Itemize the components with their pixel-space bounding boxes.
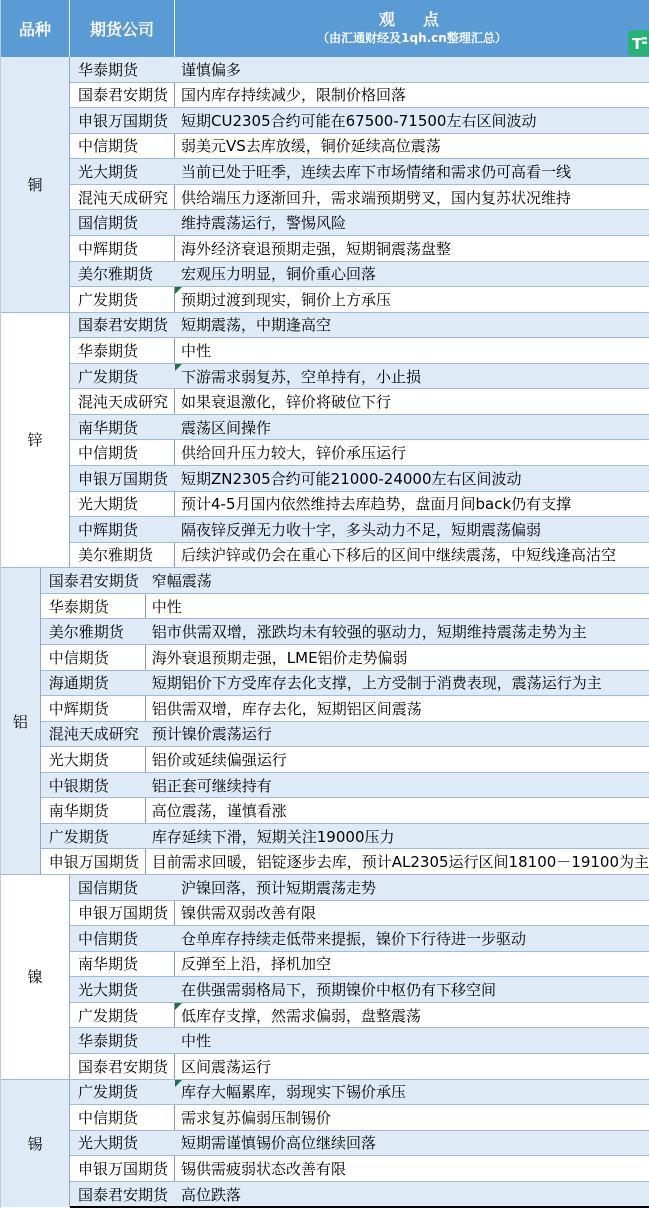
view-cell: 国内库存持续减少，限制价格回落: [175, 83, 649, 108]
view-cell: 弱美元VS去库放缓，铜价延续高位震荡: [175, 134, 649, 159]
view-cell-with-comment-marker: 预期过渡到现实，铜价上方承压: [175, 287, 649, 312]
table-row: 海通期货短期铝价下方受库存去化支撑，上方受制于消费表现，震荡运行为主: [41, 671, 649, 697]
view-cell: 目前需求回暖，铝锭逐步去库，预计AL2305运行区间18100－19100为主: [146, 849, 649, 874]
table-row: 美尔雅期货宏观压力明显，铜价重心回落: [70, 262, 649, 288]
view-cell-with-comment-marker: 低库存支撑，然需求偏弱，盘整震荡: [175, 1003, 649, 1028]
header-cell-view: 观 点 （由汇通财经及1qh.cn整理汇总） T: [175, 0, 649, 57]
view-cell: 中性: [175, 1028, 649, 1053]
table-row: 国泰君安期货国内库存持续减少，限制价格回落: [70, 83, 649, 109]
table-row: 广发期货预期过渡到现实，铜价上方承压: [70, 287, 649, 313]
company-cell: 中辉期货: [70, 236, 175, 261]
table-row: 国泰君安期货高位跌落: [70, 1182, 649, 1208]
header-cell-variety: 品种: [1, 0, 70, 57]
company-cell: 美尔雅期货: [41, 619, 146, 644]
table-row: 南华期货反弹至上沿，择机加空: [70, 952, 649, 978]
view-cell: 后续沪锌或仍会在重心下移后的区间中继续震荡，中短线逢高沽空: [175, 543, 649, 568]
table-row: 申银万国期货目前需求回暖，铝锭逐步去库，预计AL2305运行区间18100－19…: [41, 849, 649, 875]
table-row: 广发期货库存大幅累库，弱现实下锡价承压: [70, 1080, 649, 1106]
company-cell: 华泰期货: [70, 57, 175, 82]
view-cell: 仓单库存持续走低带来提振，镍价下行待进一步驱动: [175, 926, 649, 951]
variety-cell: 铜: [1, 57, 70, 313]
view-cell: 锡供需疲弱状态改善有限: [175, 1156, 649, 1181]
view-cell: 供给回升压力较大，锌价承压运行: [175, 440, 649, 465]
table-row: 中辉期货海外经济衰退预期走强，短期铜震荡盘整: [70, 236, 649, 262]
section-rows: 华泰期货谨慎偏多国泰君安期货国内库存持续减少，限制价格回落申银万国期货短期CU2…: [70, 57, 649, 313]
table-row: 申银万国期货短期ZN2305合约可能21000-24000左右区间波动: [70, 466, 649, 492]
table-row: 广发期货低库存支撑，然需求偏弱，盘整震荡: [70, 1003, 649, 1029]
table-row: 华泰期货谨慎偏多: [70, 57, 649, 83]
table-row: 南华期货高位震荡，谨慎看涨: [41, 798, 649, 824]
company-cell: 国信期货: [70, 875, 175, 900]
header-variety-label: 品种: [19, 17, 51, 40]
variety-cell: 镍: [1, 875, 70, 1080]
view-cell: 短期需谨慎锡价高位继续回落: [175, 1131, 649, 1156]
table-row: 中辉期货铝供需双增，库存去化，短期铝区间震荡: [41, 696, 649, 722]
table-row: 广发期货库存延续下滑，短期关注19000压力: [41, 824, 649, 850]
company-cell: 广发期货: [70, 364, 175, 389]
view-cell: 谨慎偏多: [175, 57, 649, 82]
view-cell: 维持震荡运行，警惕风险: [175, 210, 649, 235]
view-cell: 震荡区间操作: [175, 415, 649, 440]
view-cell-with-comment-marker: 下游需求弱复苏，空单持有，小止损: [175, 364, 649, 389]
svg-text:T: T: [632, 35, 643, 53]
header-company-label: 期货公司: [90, 17, 154, 40]
view-cell: 海外经济衰退预期走强，短期铜震荡盘整: [175, 236, 649, 261]
company-cell: 中信期货: [70, 926, 175, 951]
variety-label: 锌: [27, 429, 42, 450]
table-row: 申银万国期货锡供需疲弱状态改善有限: [70, 1156, 649, 1182]
view-cell: 镍供需双弱改善有限: [175, 901, 649, 926]
section-rows: 国泰君安期货短期震荡，中期逢高空华泰期货中性广发期货下游需求弱复苏，空单持有，小…: [70, 313, 649, 569]
table-row: 中银期货铝正套可继续持有: [41, 773, 649, 799]
table-row: 中信期货需求复苏偏弱压制锡价: [70, 1105, 649, 1131]
variety-label: 铝: [13, 711, 28, 732]
company-cell: 广发期货: [70, 1003, 175, 1028]
table-row: 国信期货沪镍回落，预计短期震荡走势: [70, 875, 649, 901]
variety-label: 锡: [27, 1133, 42, 1154]
section-rows: 国信期货沪镍回落，预计短期震荡走势申银万国期货镍供需双弱改善有限中信期货仓单库存…: [70, 875, 649, 1080]
company-cell: 美尔雅期货: [70, 262, 175, 287]
company-cell: 广发期货: [70, 287, 175, 312]
variety-section: 铜华泰期货谨慎偏多国泰君安期货国内库存持续减少，限制价格回落申银万国期货短期CU…: [1, 57, 649, 313]
table-row: 美尔雅期货铝市供需双增，涨跌均未有较强的驱动力，短期维持震荡走势为主: [41, 619, 649, 645]
company-cell: 申银万国期货: [70, 1156, 175, 1181]
company-cell: 光大期货: [70, 159, 175, 184]
company-cell: 混沌天成研究: [41, 722, 146, 747]
table-row: 申银万国期货镍供需双弱改善有限: [70, 901, 649, 927]
table-row: 南华期货震荡区间操作: [70, 415, 649, 441]
company-cell: 申银万国期货: [70, 901, 175, 926]
table-body: 铜华泰期货谨慎偏多国泰君安期货国内库存持续减少，限制价格回落申银万国期货短期CU…: [1, 57, 649, 1207]
company-cell: 光大期货: [41, 747, 146, 772]
view-cell: 中性: [175, 338, 649, 363]
company-cell: 中信期货: [70, 1105, 175, 1130]
company-cell: 南华期货: [70, 415, 175, 440]
company-cell: 申银万国期货: [41, 849, 146, 874]
company-cell: 国泰君安期货: [70, 1182, 175, 1207]
table-row: 中信期货海外衰退预期走强，LME铝价走势偏弱: [41, 645, 649, 671]
table-row: 光大期货当前已处于旺季，连续去库下市场情绪和需求仍可高看一线: [70, 159, 649, 185]
header-view-subtitle: （由汇通财经及1qh.cn整理汇总）: [317, 30, 507, 46]
company-cell: 中银期货: [41, 773, 146, 798]
view-cell: 隔夜锌反弹无力收十字，多头动力不足，短期震荡偏弱: [175, 517, 649, 542]
company-cell: 华泰期货: [70, 338, 175, 363]
company-cell: 国泰君安期货: [70, 313, 175, 338]
view-cell: 需求复苏偏弱压制锡价: [175, 1105, 649, 1130]
variety-section: 镍国信期货沪镍回落，预计短期震荡走势申银万国期货镍供需双弱改善有限中信期货仓单库…: [1, 875, 649, 1080]
company-cell: 美尔雅期货: [70, 543, 175, 568]
view-cell: 中性: [146, 594, 649, 619]
variety-section: 锡广发期货库存大幅累库，弱现实下锡价承压中信期货需求复苏偏弱压制锡价光大期货短期…: [1, 1080, 649, 1208]
view-cell: 铝市供需双增，涨跌均未有较强的驱动力，短期维持震荡走势为主: [146, 619, 649, 644]
company-cell: 国泰君安期货: [41, 568, 146, 593]
header-cell-company: 期货公司: [70, 0, 175, 57]
futures-opinion-table: 品种 期货公司 观 点 （由汇通财经及1qh.cn整理汇总） T 铜华泰期货谨慎…: [0, 0, 649, 1208]
company-cell: 国信期货: [70, 210, 175, 235]
table-row: 美尔雅期货后续沪锌或仍会在重心下移后的区间中继续震荡，中短线逢高沽空: [70, 543, 649, 569]
table-row: 光大期货在供强需弱格局下，预期镍价中枢仍有下移空间: [70, 977, 649, 1003]
view-cell: 预计镍价震荡运行: [146, 722, 649, 747]
table-row: 华泰期货中性: [41, 594, 649, 620]
company-cell: 申银万国期货: [70, 108, 175, 133]
view-cell: 如果衰退激化，锌价将破位下行: [175, 389, 649, 414]
view-cell: 短期ZN2305合约可能21000-24000左右区间波动: [175, 466, 649, 491]
variety-cell: 铝: [1, 568, 41, 875]
view-cell: 短期CU2305合约可能在67500-71500左右区间波动: [175, 108, 649, 133]
company-cell: 申银万国期货: [70, 466, 175, 491]
company-cell: 中信期货: [70, 134, 175, 159]
view-cell: 铝正套可继续持有: [146, 773, 649, 798]
view-cell: 海外衰退预期走强，LME铝价走势偏弱: [146, 645, 649, 670]
variety-label: 镍: [27, 966, 42, 987]
view-cell: 沪镍回落，预计短期震荡走势: [175, 875, 649, 900]
company-cell: 国泰君安期货: [70, 1054, 175, 1079]
view-cell: 当前已处于旺季，连续去库下市场情绪和需求仍可高看一线: [175, 159, 649, 184]
view-cell: 宏观压力明显，铜价重心回落: [175, 262, 649, 287]
company-cell: 华泰期货: [70, 1028, 175, 1053]
company-cell: 华泰期货: [41, 594, 146, 619]
table-row: 中辉期货隔夜锌反弹无力收十字，多头动力不足，短期震荡偏弱: [70, 517, 649, 543]
company-cell: 南华期货: [41, 798, 146, 823]
company-cell: 广发期货: [41, 824, 146, 849]
view-cell: 库存延续下滑，短期关注19000压力: [146, 824, 649, 849]
table-row: 混沌天成研究预计镍价震荡运行: [41, 722, 649, 748]
table-row: 国泰君安期货窄幅震荡: [41, 568, 649, 594]
company-cell: 广发期货: [70, 1080, 175, 1105]
section-rows: 国泰君安期货窄幅震荡华泰期货中性美尔雅期货铝市供需双增，涨跌均未有较强的驱动力，…: [41, 568, 649, 875]
view-cell: 预计4-5月国内依然维持去库趋势，盘面月间back仍有支撑: [175, 492, 649, 517]
table-row: 中信期货弱美元VS去库放缓，铜价延续高位震荡: [70, 134, 649, 160]
header-view-title: 观 点: [379, 11, 445, 29]
table-row: 国信期货维持震荡运行，警惕风险: [70, 210, 649, 236]
company-cell: 中信期货: [41, 645, 146, 670]
view-cell-with-comment-marker: 库存大幅累库，弱现实下锡价承压: [175, 1080, 649, 1105]
table-row: 华泰期货中性: [70, 338, 649, 364]
table-row: 广发期货下游需求弱复苏，空单持有，小止损: [70, 364, 649, 390]
company-cell: 光大期货: [70, 1131, 175, 1156]
table-row: 华泰期货中性: [70, 1028, 649, 1054]
table-row: 光大期货铝价或延续偏强运行: [41, 747, 649, 773]
company-cell: 海通期货: [41, 671, 146, 696]
table-row: 混沌天成研究供给端压力逐渐回升，需求端预期劈叉，国内复苏状况维持: [70, 185, 649, 211]
view-cell: 在供强需弱格局下，预期镍价中枢仍有下移空间: [175, 977, 649, 1002]
variety-cell: 锡: [1, 1080, 70, 1208]
variety-cell: 锌: [1, 313, 70, 569]
table-row: 中信期货仓单库存持续走低带来提振，镍价下行待进一步驱动: [70, 926, 649, 952]
table-row: 光大期货预计4-5月国内依然维持去库趋势，盘面月间back仍有支撑: [70, 492, 649, 518]
view-cell: 铝供需双增，库存去化，短期铝区间震荡: [146, 696, 649, 721]
view-cell: 区间震荡运行: [175, 1054, 649, 1079]
site-logo-icon: T: [628, 30, 649, 56]
company-cell: 光大期货: [70, 977, 175, 1002]
company-cell: 混沌天成研究: [70, 185, 175, 210]
company-cell: 中信期货: [70, 440, 175, 465]
variety-label: 铜: [27, 174, 42, 195]
view-cell: 短期震荡，中期逢高空: [175, 313, 649, 338]
company-cell: 南华期货: [70, 952, 175, 977]
view-cell: 铝价或延续偏强运行: [146, 747, 649, 772]
table-row: 混沌天成研究如果衰退激化，锌价将破位下行: [70, 389, 649, 415]
table-row: 国泰君安期货短期震荡，中期逢高空: [70, 313, 649, 339]
company-cell: 混沌天成研究: [70, 389, 175, 414]
company-cell: 中辉期货: [70, 517, 175, 542]
company-cell: 光大期货: [70, 492, 175, 517]
table-row: 申银万国期货短期CU2305合约可能在67500-71500左右区间波动: [70, 108, 649, 134]
view-cell: 反弹至上沿，择机加空: [175, 952, 649, 977]
variety-section: 铝国泰君安期货窄幅震荡华泰期货中性美尔雅期货铝市供需双增，涨跌均未有较强的驱动力…: [1, 568, 649, 875]
table-row: 光大期货短期需谨慎锡价高位继续回落: [70, 1131, 649, 1157]
view-cell: 窄幅震荡: [146, 568, 649, 593]
table-header: 品种 期货公司 观 点 （由汇通财经及1qh.cn整理汇总） T: [1, 0, 649, 57]
view-cell: 高位震荡，谨慎看涨: [146, 798, 649, 823]
table-row: 国泰君安期货区间震荡运行: [70, 1054, 649, 1080]
company-cell: 中辉期货: [41, 696, 146, 721]
variety-section: 锌国泰君安期货短期震荡，中期逢高空华泰期货中性广发期货下游需求弱复苏，空单持有，…: [1, 313, 649, 569]
section-rows: 广发期货库存大幅累库，弱现实下锡价承压中信期货需求复苏偏弱压制锡价光大期货短期需…: [70, 1080, 649, 1208]
view-cell: 短期铝价下方受库存去化支撑，上方受制于消费表现，震荡运行为主: [146, 671, 649, 696]
view-cell: 高位跌落: [175, 1182, 649, 1207]
company-cell: 国泰君安期货: [70, 83, 175, 108]
view-cell: 供给端压力逐渐回升，需求端预期劈叉，国内复苏状况维持: [175, 185, 649, 210]
table-row: 中信期货供给回升压力较大，锌价承压运行: [70, 440, 649, 466]
